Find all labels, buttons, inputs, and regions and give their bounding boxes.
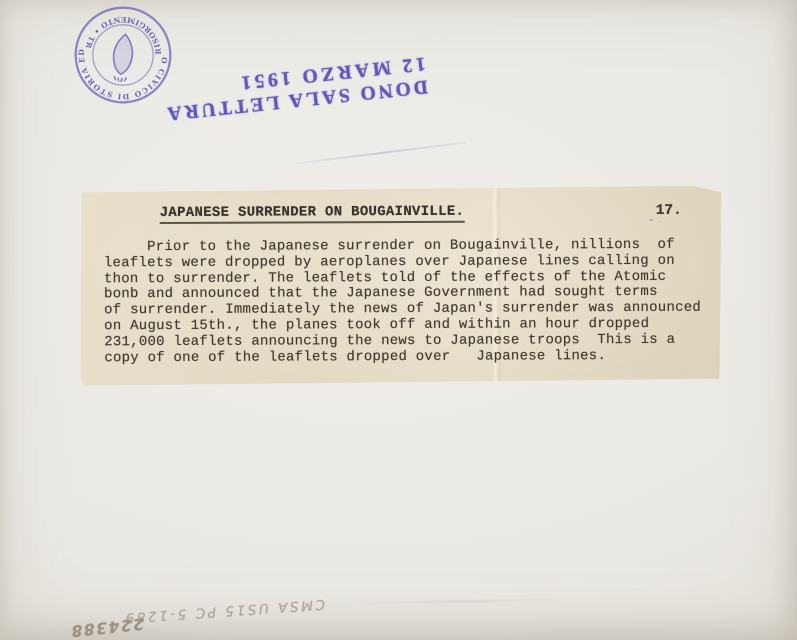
caption-title: JAPANESE SURRENDER ON BOUGAINVILLE.: [160, 204, 465, 224]
photo-verso: MUSEO CIVICO DI STORIA ED ARTE E DEL RIS…: [0, 0, 797, 640]
pencil-inventory-number: 224388: [73, 614, 144, 639]
caption-page-number: 17.: [656, 203, 682, 219]
caption-body-line: copy of one of the leaflets dropped over…: [104, 348, 704, 366]
bottom-crease: [340, 598, 580, 605]
donation-date-stamp: DONO SALA LETTURA 12 MARZO 1951: [170, 50, 445, 123]
caption-slip: JAPANESE SURRENDER ON BOUGAINVILLE. 17. …: [80, 186, 724, 387]
caption-body: Prior to the Japanese surrender on Bouga…: [104, 238, 705, 367]
library-round-stamp: MUSEO CIVICO DI STORIA ED ARTE E DEL RIS…: [65, 0, 181, 113]
trieste-halberd-icon: [110, 33, 134, 83]
crease-line: [296, 142, 467, 165]
caption-title-row: JAPANESE SURRENDER ON BOUGAINVILLE. 17.: [80, 203, 723, 206]
ink-specks: [650, 219, 653, 221]
